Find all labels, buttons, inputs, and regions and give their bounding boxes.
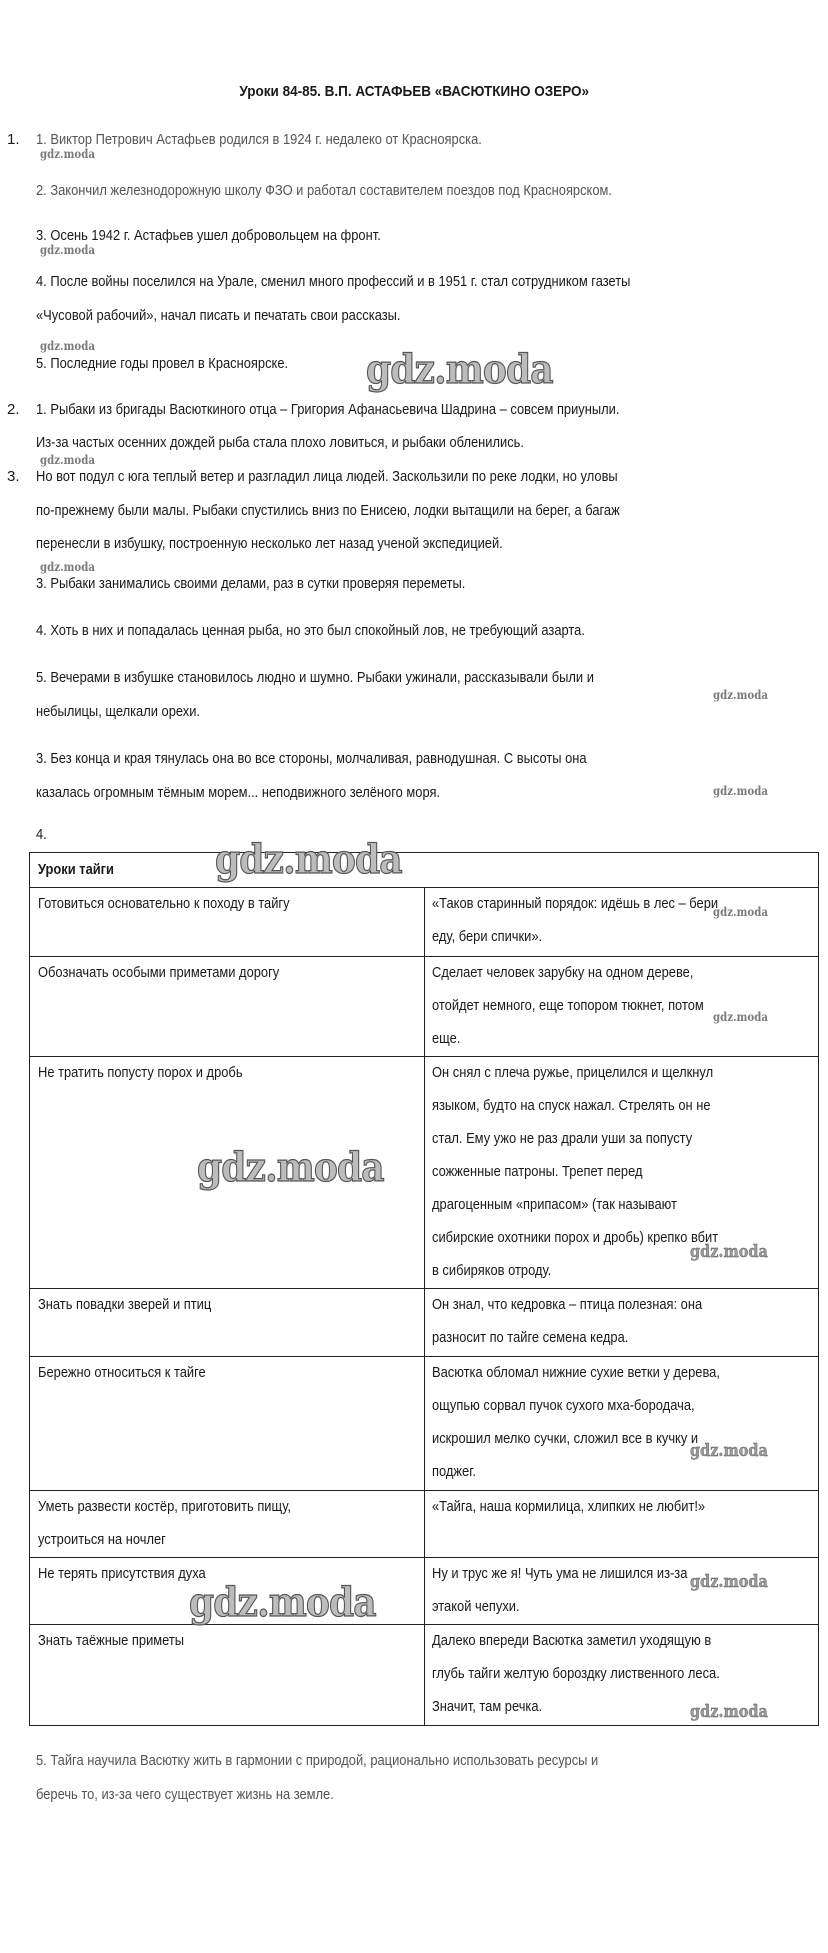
cell-text: Бережно относиться к тайге: [38, 1356, 408, 1389]
text-line: 3. Рыбаки занимались своими делами, раз …: [36, 575, 465, 593]
cell-text: Сделает человек зарубку на одном дереве,: [432, 956, 810, 989]
watermark: gdz.moda: [40, 453, 95, 467]
lesson-cell: Не тратить попусту порох и дробь: [38, 1056, 408, 1089]
quote-cell: Он знал, что кедровка – птица полезная: …: [432, 1288, 810, 1354]
cell-text: глубь тайги желтую бороздку лиственного …: [432, 1657, 810, 1690]
text-line: Из-за частых осенних дождей рыба стала п…: [36, 434, 524, 452]
watermark: gdz.moda: [713, 905, 768, 919]
cell-text: устроиться на ночлег: [38, 1523, 408, 1556]
cell-text: Уметь развести костёр, приготовить пищу,: [38, 1490, 408, 1523]
watermark: gdz.moda: [40, 560, 95, 574]
quote-cell: «Тайга, наша кормилица, хлипких не любит…: [432, 1490, 810, 1523]
quote-cell: Васютка обломал нижние сухие ветки у дер…: [432, 1356, 810, 1488]
column-divider: [424, 887, 425, 1725]
watermark: gdz.moda: [690, 1441, 768, 1461]
text-line: 5. Тайга научила Васютку жить в гармонии…: [36, 1752, 598, 1770]
cell-text: языком, будто на спуск нажал. Стрелять о…: [432, 1089, 810, 1122]
cell-text: еще.: [432, 1022, 810, 1055]
cell-text: Далеко впереди Васютка заметил уходящую …: [432, 1624, 810, 1657]
cell-text: Он снял с плеча ружье, прицелился и щелк…: [432, 1056, 810, 1089]
section-number: 4.: [36, 826, 47, 844]
cell-text: Васютка обломал нижние сухие ветки у дер…: [432, 1356, 810, 1389]
watermark: gdz.moda: [40, 339, 95, 353]
text-line: перенесли в избушку, построенную несколь…: [36, 535, 503, 553]
watermark-large: gdz.moda: [366, 350, 553, 390]
cell-text: Знать таёжные приметы: [38, 1624, 408, 1657]
watermark: gdz.moda: [713, 784, 768, 798]
cell-text: сожженные патроны. Трепет перед: [432, 1155, 810, 1188]
cell-text: разносит по тайге семена кедра.: [432, 1321, 810, 1354]
text-line: по-прежнему были малы. Рыбаки спустились…: [36, 502, 620, 520]
quote-cell: «Таков старинный порядок: идёшь в лес – …: [432, 887, 810, 953]
lesson-cell: Обозначать особыми приметами дорогу: [38, 956, 408, 989]
lesson-cell: Знать таёжные приметы: [38, 1624, 408, 1657]
watermark: gdz.moda: [690, 1702, 768, 1722]
watermark: gdz.moda: [690, 1242, 768, 1262]
text-line: беречь то, из-за чего существует жизнь н…: [36, 1786, 334, 1804]
text-line: 1. Виктор Петрович Астафьев родился в 19…: [36, 131, 482, 149]
table-header: Уроки тайги: [38, 861, 114, 878]
lesson-cell: Бережно относиться к тайге: [38, 1356, 408, 1389]
text-line: 5. Последние годы провел в Красноярске.: [36, 355, 288, 373]
cell-text: Обозначать особыми приметами дорогу: [38, 956, 408, 989]
section-number: 1.: [7, 131, 20, 149]
text-line: 1. Рыбаки из бригады Васюткиного отца – …: [36, 401, 619, 419]
page-title: Уроки 84-85. В.П. АСТАФЬЕВ «ВАСЮТКИНО ОЗ…: [0, 83, 828, 100]
watermark: gdz.moda: [40, 243, 95, 257]
text-line: Но вот подул с юга теплый ветер и разгла…: [36, 468, 618, 486]
cell-text: «Тайга, наша кормилица, хлипких не любит…: [432, 1490, 810, 1523]
taiga-lessons-table: Уроки тайги Готовиться основательно к по…: [29, 852, 819, 1726]
watermark: gdz.moda: [713, 1010, 768, 1024]
cell-text: еду, бери спички».: [432, 920, 810, 953]
text-line: небылицы, щелкали орехи.: [36, 703, 200, 721]
watermark-large: gdz.moda: [215, 840, 402, 880]
section-number: 3.: [7, 468, 20, 486]
text-line: казалась огромным тёмным морем... неподв…: [36, 784, 440, 802]
quote-cell: Сделает человек зарубку на одном дереве,…: [432, 956, 810, 1055]
section-number: 2.: [7, 401, 20, 419]
text-line: 3. Без конца и края тянулась она во все …: [36, 750, 587, 768]
watermark: gdz.moda: [713, 688, 768, 702]
lesson-cell: Знать повадки зверей и птиц: [38, 1288, 408, 1321]
cell-text: Он знал, что кедровка – птица полезная: …: [432, 1288, 810, 1321]
cell-text: этакой чепухи.: [432, 1590, 810, 1623]
watermark: gdz.moda: [690, 1572, 768, 1592]
cell-text: драгоценным «припасом» (так называют: [432, 1188, 810, 1221]
text-line: 4. После войны поселился на Урале, смени…: [36, 273, 630, 291]
text-line: «Чусовой рабочий», начал писать и печата…: [36, 307, 400, 325]
text-line: 2. Закончил железнодорожную школу ФЗО и …: [36, 182, 612, 200]
watermark-large: gdz.moda: [189, 1583, 376, 1623]
cell-text: Не тратить попусту порох и дробь: [38, 1056, 408, 1089]
lesson-cell: Уметь развести костёр, приготовить пищу,…: [38, 1490, 408, 1556]
cell-text: Готовиться основательно к походу в тайгу: [38, 887, 408, 920]
cell-text: Знать повадки зверей и птиц: [38, 1288, 408, 1321]
watermark-large: gdz.moda: [197, 1148, 384, 1188]
lesson-cell: Готовиться основательно к походу в тайгу: [38, 887, 408, 920]
text-line: 5. Вечерами в избушке становилось людно …: [36, 669, 594, 687]
cell-text: ощупью сорвал пучок сухого мха-бородача,: [432, 1389, 810, 1422]
cell-text: стал. Ему ужо не раз драли уши за попуст…: [432, 1122, 810, 1155]
watermark: gdz.moda: [40, 147, 95, 161]
text-line: 4. Хоть в них и попадалась ценная рыба, …: [36, 622, 585, 640]
